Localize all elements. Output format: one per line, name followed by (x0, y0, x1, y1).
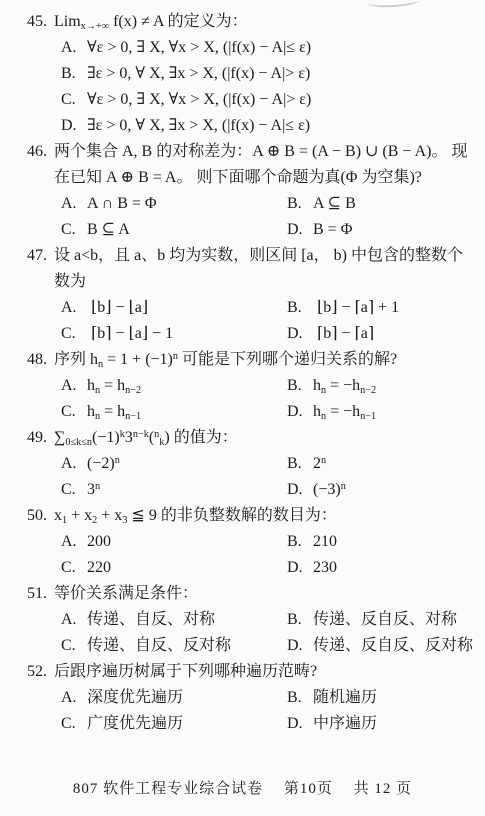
option: C. ⌈b⌉ − ⌊a⌋ − 1 (61, 321, 287, 347)
option: B.hn = −hn−2 (287, 373, 473, 399)
option: C.传递、自反、反对称 (61, 633, 287, 659)
question-stem-text: 后跟序遍历树属于下列哪种遍历范畴? (54, 663, 317, 680)
option-text: 220 (87, 559, 111, 576)
option-text: 210 (313, 533, 337, 550)
option: C.3n (61, 477, 287, 503)
option: D.传递、反自反、反对称 (287, 633, 473, 659)
options: A.深度优先遍历B.随机遍历C.广度优先遍历D.中序遍历 (61, 685, 477, 737)
option-text: 3n (87, 481, 100, 498)
option: C.hn = hn−1 (61, 399, 287, 425)
options: A.传递、自反、对称B.传递、反自反、对称C.传递、自反、反对称D.传递、反自反… (61, 607, 477, 659)
option-label: A. (61, 191, 87, 217)
option-label: A. (61, 529, 87, 555)
option: B.∃ε > 0, ∀ X, ∃x > X, (|f(x) − A|> ε) (61, 61, 477, 87)
exam-page: 45.Limx→+∞ f(x) ≠ A 的定义为：A.∀ε > 0, ∃ X, … (0, 0, 485, 816)
question-stem-text: x1 + x2 + x3 ≦ 9 的非负整数解的数目为： (54, 507, 337, 524)
option-label: A. (61, 35, 87, 61)
option-text: ∃ε > 0, ∀ X, ∃x > X, (|f(x) − A|> ε) (87, 65, 310, 82)
option: C.∀ε > 0, ∃ X, ∀x > X, (|f(x) − A|> ε) (61, 87, 477, 113)
option-label: C. (61, 321, 87, 347)
option-label: B. (61, 61, 87, 87)
option: B.随机遍历 (287, 685, 473, 711)
option-label: D. (287, 711, 313, 737)
option: D.B = Φ (287, 217, 473, 243)
options: A.A ∩ B = ΦB.A ⊆ BC.B ⊆ AD.B = Φ (61, 191, 477, 243)
options: A.hn = hn−2B.hn = −hn−2C.hn = hn−1D.hn =… (61, 373, 477, 425)
option-text: B = Φ (313, 221, 352, 238)
option-label: C. (61, 87, 87, 113)
option-label: C. (61, 633, 87, 659)
option-text: ∀ε > 0, ∃ X, ∀x > X, (|f(x) − A|> ε) (87, 91, 311, 108)
question-stem: 46.两个集合 A, B 的对称差为：A ⊕ B = (A − B) ∪ (B … (0, 139, 477, 191)
option-label: A. (61, 295, 87, 321)
option-text: 中序遍历 (313, 715, 377, 732)
option-text: B ⊆ A (87, 221, 130, 238)
option-label: B. (287, 685, 313, 711)
option-label: B. (287, 607, 313, 633)
question-stem: 51.等价关系满足条件： (0, 581, 477, 607)
option-text: 广度优先遍历 (87, 715, 183, 732)
question-block: 48.序列 hn = 1 + (−1)n 可能是下列哪个递归关系的解?A.hn … (0, 347, 477, 425)
option-text: A ⊆ B (313, 195, 356, 212)
question-stem: 45.Limx→+∞ f(x) ≠ A 的定义为： (0, 9, 477, 35)
option-label: D. (287, 477, 313, 503)
option-text: ⌈b⌉ − ⌈a⌉ (313, 325, 374, 342)
option: B.210 (287, 529, 473, 555)
question-stem: 48.序列 hn = 1 + (−1)n 可能是下列哪个递归关系的解? (0, 347, 477, 373)
question-number: 52. (27, 659, 47, 685)
option-text: hn = −hn−1 (313, 403, 376, 420)
question-stem-text: 设 a<b，且 a、b 均为实数，则区间 [a， b) 中包含的整数个数为 (54, 247, 463, 290)
question-number: 48. (27, 347, 47, 373)
option-text: 深度优先遍历 (87, 689, 183, 706)
option-text: hn = hn−1 (87, 403, 141, 420)
option: B.2n (287, 451, 473, 477)
option-text: hn = hn−2 (87, 377, 141, 394)
option: C.220 (61, 555, 287, 581)
page-footer: 807 软件工程专业综合试卷 第10页 共 12 页 (0, 776, 485, 802)
option-label: D. (287, 555, 313, 581)
question-stem: 52.后跟序遍历树属于下列哪种遍历范畴? (0, 659, 477, 685)
option-text: A ∩ B = Φ (87, 195, 157, 212)
question-stem: 50.x1 + x2 + x3 ≦ 9 的非负整数解的数目为： (0, 503, 477, 529)
option-text: 传递、自反、对称 (87, 611, 215, 628)
option-label: A. (61, 685, 87, 711)
option-label: D. (287, 399, 313, 425)
option: A.200 (61, 529, 287, 555)
option-label: D. (287, 321, 313, 347)
option: D.中序遍历 (287, 711, 473, 737)
option-text: ⌈b⌉ − ⌊a⌋ − 1 (87, 325, 173, 342)
question-block: 47.设 a<b，且 a、b 均为实数，则区间 [a， b) 中包含的整数个数为… (0, 243, 477, 347)
question-number: 51. (27, 581, 47, 607)
question-number: 50. (27, 503, 47, 529)
question-stem-text: ∑0≤k≤n(−1)k3n−k(nk) 的值为： (54, 429, 238, 446)
option: A.∀ε > 0, ∃ X, ∀x > X, (|f(x) − A|≤ ε) (61, 35, 477, 61)
option: D.230 (287, 555, 473, 581)
question-stem: 47.设 a<b，且 a、b 均为实数，则区间 [a， b) 中包含的整数个数为 (0, 243, 477, 295)
option-label: B. (287, 529, 313, 555)
question-block: 52.后跟序遍历树属于下列哪种遍历范畴?A.深度优先遍历B.随机遍历C.广度优先… (0, 659, 477, 737)
option-text: ⌊b⌋ − ⌈a⌉ + 1 (313, 299, 399, 316)
option: A. ⌊b⌋ − ⌊a⌋ (61, 295, 287, 321)
option-label: D. (287, 633, 313, 659)
option-text: (−3)n (313, 481, 346, 498)
question-block: 45.Limx→+∞ f(x) ≠ A 的定义为：A.∀ε > 0, ∃ X, … (0, 9, 477, 139)
option: D. ⌈b⌉ − ⌈a⌉ (287, 321, 473, 347)
option: D.hn = −hn−1 (287, 399, 473, 425)
question-block: 50.x1 + x2 + x3 ≦ 9 的非负整数解的数目为：A.200B.21… (0, 503, 477, 581)
option-text: ∃ε > 0, ∀ X, ∃x > X, (|f(x) − A|≤ ε) (87, 117, 310, 134)
option: B.传递、反自反、对称 (287, 607, 473, 633)
option-text: ∀ε > 0, ∃ X, ∀x > X, (|f(x) − A|≤ ε) (87, 39, 311, 56)
question-number: 45. (27, 9, 47, 35)
question-number: 46. (27, 139, 47, 165)
question-number: 47. (27, 243, 47, 269)
options: A.∀ε > 0, ∃ X, ∀x > X, (|f(x) − A|≤ ε)B.… (61, 35, 477, 139)
option-text: 随机遍历 (313, 689, 377, 706)
question-number: 49. (27, 425, 47, 451)
option: A.(−2)n (61, 451, 287, 477)
option-text: 200 (87, 533, 111, 550)
option-text: 传递、反自反、对称 (313, 611, 457, 628)
question-stem-text: 序列 hn = 1 + (−1)n 可能是下列哪个递归关系的解? (54, 351, 397, 368)
option-label: A. (61, 451, 87, 477)
option-label: B. (287, 191, 313, 217)
option: A.传递、自反、对称 (61, 607, 287, 633)
option: C.广度优先遍历 (61, 711, 287, 737)
option-label: D. (287, 217, 313, 243)
option: A.A ∩ B = Φ (61, 191, 287, 217)
question-stem: 49.∑0≤k≤n(−1)k3n−k(nk) 的值为： (0, 425, 477, 451)
option: D.(−3)n (287, 477, 473, 503)
option-label: C. (61, 399, 87, 425)
option-label: C. (61, 711, 87, 737)
options: A.200B.210C.220D.230 (61, 529, 477, 581)
option: D.∃ε > 0, ∀ X, ∃x > X, (|f(x) − A|≤ ε) (61, 113, 477, 139)
option-label: C. (61, 477, 87, 503)
question-block: 46.两个集合 A, B 的对称差为：A ⊕ B = (A − B) ∪ (B … (0, 139, 477, 243)
options: A.(−2)nB.2nC.3nD.(−3)n (61, 451, 477, 503)
question-stem-text: 两个集合 A, B 的对称差为：A ⊕ B = (A − B) ∪ (B − A… (54, 143, 467, 186)
option-text: 230 (313, 559, 337, 576)
question-list: 45.Limx→+∞ f(x) ≠ A 的定义为：A.∀ε > 0, ∃ X, … (0, 0, 485, 737)
question-block: 49.∑0≤k≤n(−1)k3n−k(nk) 的值为：A.(−2)nB.2nC.… (0, 425, 477, 503)
option-text: 2n (313, 455, 326, 472)
option-label: B. (287, 295, 313, 321)
option-label: A. (61, 607, 87, 633)
option-label: C. (61, 555, 87, 581)
option-label: A. (61, 373, 87, 399)
option-text: ⌊b⌋ − ⌊a⌋ (87, 299, 148, 316)
question-block: 51.等价关系满足条件：A.传递、自反、对称B.传递、反自反、对称C.传递、自反… (0, 581, 477, 659)
option-label: C. (61, 217, 87, 243)
option: B.A ⊆ B (287, 191, 473, 217)
option-label: D. (61, 113, 87, 139)
option-label: B. (287, 451, 313, 477)
option: A.深度优先遍历 (61, 685, 287, 711)
option: B. ⌊b⌋ − ⌈a⌉ + 1 (287, 295, 473, 321)
option-text: (−2)n (87, 455, 120, 472)
question-stem-text: 等价关系满足条件： (54, 585, 198, 602)
option: A.hn = hn−2 (61, 373, 287, 399)
option-text: 传递、反自反、反对称 (313, 637, 473, 654)
option-text: 传递、自反、反对称 (87, 637, 231, 654)
option-text: hn = −hn−2 (313, 377, 376, 394)
option: C.B ⊆ A (61, 217, 287, 243)
options: A. ⌊b⌋ − ⌊a⌋B. ⌊b⌋ − ⌈a⌉ + 1C. ⌈b⌉ − ⌊a⌋… (61, 295, 477, 347)
option-label: B. (287, 373, 313, 399)
question-stem-text: Limx→+∞ f(x) ≠ A 的定义为： (54, 13, 248, 30)
